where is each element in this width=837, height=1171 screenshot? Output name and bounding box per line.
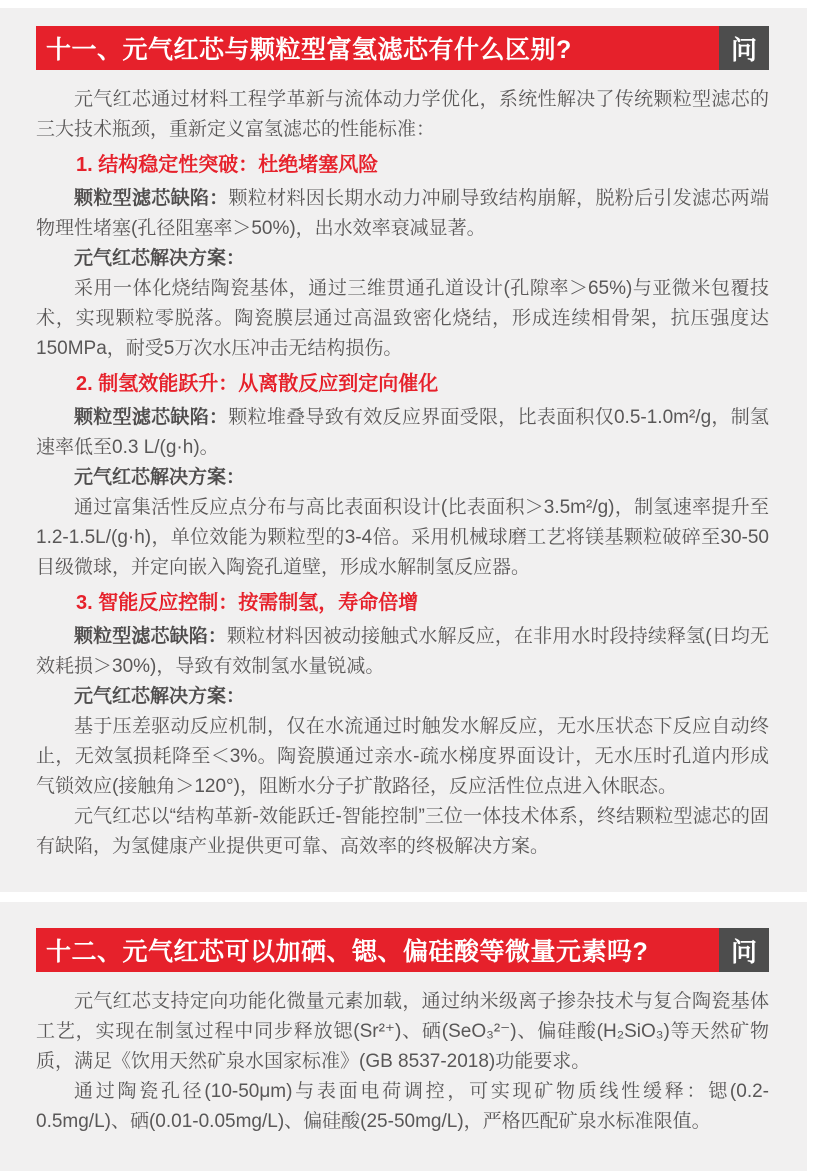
answer-subheading: 3. 智能反应控制：按需制氢，寿命倍增 <box>36 588 769 618</box>
question-title-12: 十二、元气红芯可以加硒、锶、偏硅酸等微量元素吗? <box>46 932 648 968</box>
paragraph-bold-lead: 颗粒型滤芯缺陷： <box>74 188 229 209</box>
answer-paragraph: 通过富集活性反应点分布与高比表面积设计(比表面积＞3.5m²/g)，制氢速率提升… <box>36 493 769 583</box>
answer-paragraph: 元气红芯解决方案： <box>36 682 769 712</box>
answer-paragraph: 采用一体化烧结陶瓷基体，通过三维贯通孔道设计(孔隙率＞65%)与亚微米包覆技术，… <box>36 274 769 364</box>
faq-card-question-12: 十二、元气红芯可以加硒、锶、偏硅酸等微量元素吗? 问 元气红芯支持定向功能化微量… <box>0 902 807 1171</box>
answer-paragraph: 通过陶瓷孔径(10-50μm)与表面电荷调控，可实现矿物质线性缓释：锶(0.2-… <box>36 1077 769 1137</box>
paragraph-bold-lead: 颗粒型滤芯缺陷： <box>74 407 228 428</box>
paragraph-text: 元气红芯支持定向功能化微量元素加载，通过纳米级离子掺杂技术与复合陶瓷基体工艺，实… <box>36 991 769 1072</box>
paragraph-text: 元气红芯以“结构革新-效能跃迁-智能控制”三位一体技术体系，终结颗粒型滤芯的固有… <box>36 806 769 857</box>
question-badge-11: 问 <box>719 26 769 70</box>
faq-page: 十一、元气红芯与颗粒型富氢滤芯有什么区别? 问 元气红芯通过材料工程学革新与流体… <box>0 0 837 1171</box>
answer-paragraph: 元气红芯解决方案： <box>36 244 769 274</box>
paragraph-bold-lead: 元气红芯解决方案： <box>74 467 245 488</box>
paragraph-bold-lead: 元气红芯解决方案： <box>74 686 245 707</box>
answer-subheading: 2. 制氢效能跃升：从离散反应到定向催化 <box>36 369 769 399</box>
faq-card-question-11: 十一、元气红芯与颗粒型富氢滤芯有什么区别? 问 元气红芯通过材料工程学革新与流体… <box>0 8 807 892</box>
answer-paragraph: 颗粒型滤芯缺陷：颗粒材料因长期水动力冲刷导致结构崩解，脱粉后引发滤芯两端物理性堵… <box>36 184 769 244</box>
question-title-11: 十一、元气红芯与颗粒型富氢滤芯有什么区别? <box>46 30 572 66</box>
answer-paragraph: 元气红芯通过材料工程学革新与流体动力学优化，系统性解决了传统颗粒型滤芯的三大技术… <box>36 85 769 145</box>
answer-paragraph: 基于压差驱动反应机制，仅在水流通过时触发水解反应，无水压状态下反应自动终止，无效… <box>36 712 769 802</box>
question-header-12: 十二、元气红芯可以加硒、锶、偏硅酸等微量元素吗? 问 <box>36 928 769 972</box>
paragraph-text: 2. 制氢效能跃升：从离散反应到定向催化 <box>76 373 438 395</box>
question-header-11: 十一、元气红芯与颗粒型富氢滤芯有什么区别? 问 <box>36 26 769 70</box>
answer-paragraph: 元气红芯以“结构革新-效能跃迁-智能控制”三位一体技术体系，终结颗粒型滤芯的固有… <box>36 802 769 862</box>
answer-content-11: 元气红芯通过材料工程学革新与流体动力学优化，系统性解决了传统颗粒型滤芯的三大技术… <box>36 85 769 862</box>
paragraph-text: 采用一体化烧结陶瓷基体，通过三维贯通孔道设计(孔隙率＞65%)与亚微米包覆技术，… <box>36 278 769 359</box>
paragraph-text: 基于压差驱动反应机制，仅在水流通过时触发水解反应，无水压状态下反应自动终止，无效… <box>36 716 769 797</box>
answer-paragraph: 颗粒型滤芯缺陷：颗粒材料因被动接触式水解反应，在非用水时段持续释氢(日均无效耗损… <box>36 622 769 682</box>
question-title-bar-11: 十一、元气红芯与颗粒型富氢滤芯有什么区别? <box>36 26 719 70</box>
paragraph-text: 通过富集活性反应点分布与高比表面积设计(比表面积＞3.5m²/g)，制氢速率提升… <box>36 497 769 578</box>
paragraph-text: 通过陶瓷孔径(10-50μm)与表面电荷调控，可实现矿物质线性缓释：锶(0.2-… <box>36 1081 769 1132</box>
answer-paragraph: 元气红芯支持定向功能化微量元素加载，通过纳米级离子掺杂技术与复合陶瓷基体工艺，实… <box>36 987 769 1077</box>
answer-content-12: 元气红芯支持定向功能化微量元素加载，通过纳米级离子掺杂技术与复合陶瓷基体工艺，实… <box>36 987 769 1137</box>
question-badge-12: 问 <box>719 928 769 972</box>
paragraph-text: 3. 智能反应控制：按需制氢，寿命倍增 <box>76 592 418 614</box>
paragraph-bold-lead: 元气红芯解决方案： <box>74 248 245 269</box>
paragraph-bold-lead: 颗粒型滤芯缺陷： <box>74 626 227 647</box>
paragraph-text: 元气红芯通过材料工程学革新与流体动力学优化，系统性解决了传统颗粒型滤芯的三大技术… <box>36 89 769 140</box>
answer-paragraph: 元气红芯解决方案： <box>36 463 769 493</box>
answer-subheading: 1. 结构稳定性突破：杜绝堵塞风险 <box>36 150 769 180</box>
answer-paragraph: 颗粒型滤芯缺陷：颗粒堆叠导致有效反应界面受限，比表面积仅0.5-1.0m²/g，… <box>36 403 769 463</box>
paragraph-text: 1. 结构稳定性突破：杜绝堵塞风险 <box>76 154 378 176</box>
question-title-bar-12: 十二、元气红芯可以加硒、锶、偏硅酸等微量元素吗? <box>36 928 719 972</box>
